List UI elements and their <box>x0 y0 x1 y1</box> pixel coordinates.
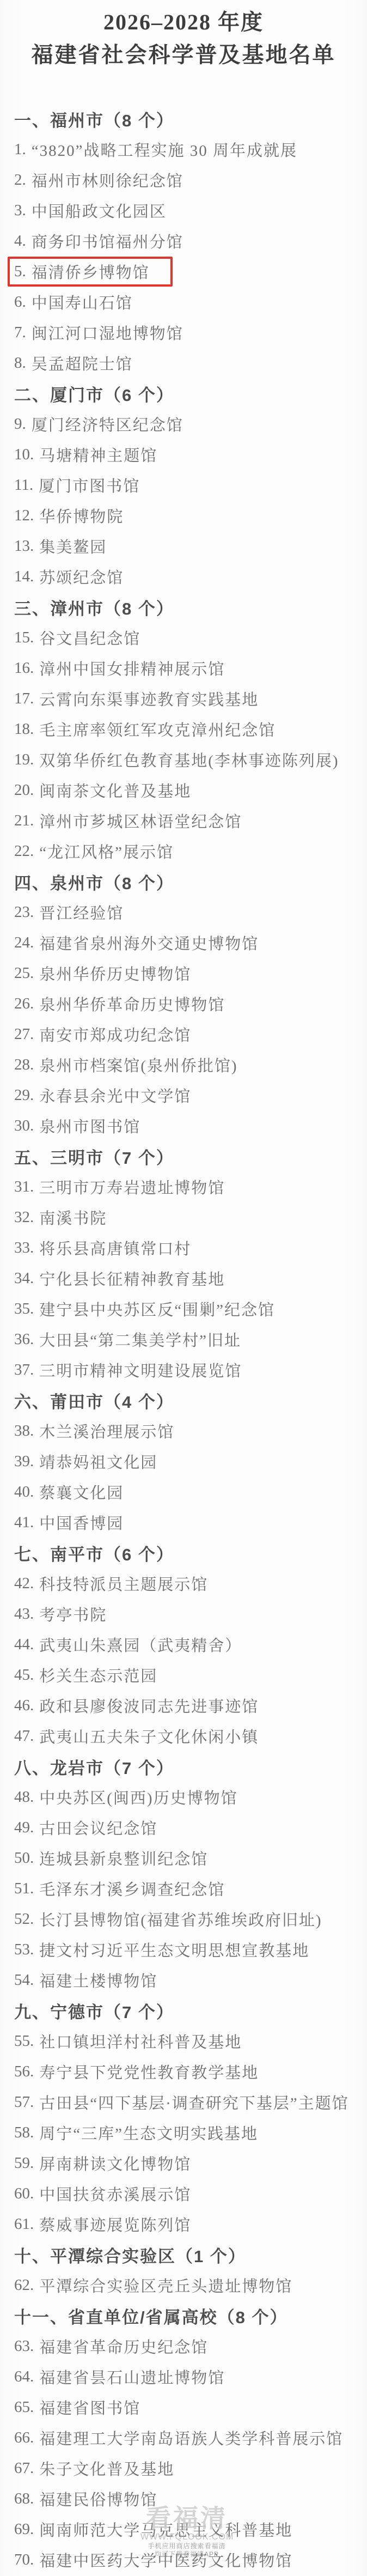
item-number: 34. <box>14 1269 34 1287</box>
list-item: 37.三明市精神文明建设展览馆 <box>0 1354 367 1385</box>
item-number: 5. <box>14 263 26 281</box>
item-text: 科技特派员主题展示馆 <box>39 1572 208 1595</box>
item-text: 周宁“三库”生态文明实践基地 <box>39 2122 258 2144</box>
item-number: 13. <box>14 537 34 555</box>
section-heading: 六、莆田市（4 个） <box>0 1385 367 1415</box>
item-text: 晋江经验馆 <box>39 901 124 924</box>
list-item: 58.周宁“三库”生态文明实践基地 <box>0 2117 367 2148</box>
list-item: 30.泉州市图书馆 <box>0 1110 367 1141</box>
item-number: 41. <box>14 1514 34 1532</box>
item-number: 4. <box>14 232 26 250</box>
list-item: 5.福清侨乡博物馆 <box>0 256 367 287</box>
list-item: 1.“3820”战略工程实施 30 周年成就展 <box>0 134 367 165</box>
list-item: 29.永春县余光中文学馆 <box>0 1080 367 1110</box>
item-number: 48. <box>14 1788 34 1806</box>
item-text: 政和县廖俊波同志先进事迹馆 <box>39 1694 259 1717</box>
document-title-year: 2026–2028 年度 <box>0 7 367 38</box>
item-number: 36. <box>14 1330 34 1348</box>
item-number: 33. <box>14 1239 34 1257</box>
list-item: 33.将乐县高唐镇常口村 <box>0 1232 367 1263</box>
list-item: 65.福建省图书馆 <box>0 2392 367 2422</box>
item-number: 7. <box>14 324 26 342</box>
item-text: 古田会议纪念馆 <box>39 1816 157 1839</box>
item-number: 35. <box>14 1300 34 1318</box>
item-number: 26. <box>14 995 34 1013</box>
item-number: 53. <box>14 1941 34 1959</box>
item-number: 63. <box>14 2337 34 2355</box>
section-heading: 七、南平市（6 个） <box>0 1538 367 1568</box>
item-text: 吴孟超院士馆 <box>32 352 133 374</box>
item-number: 43. <box>14 1605 34 1623</box>
item-number: 3. <box>14 202 26 220</box>
list-item: 11.厦门市图书馆 <box>0 470 367 500</box>
item-number: 2. <box>14 171 26 189</box>
item-number: 21. <box>14 812 34 830</box>
item-text: 武夷山五夫朱子文化休闲小镇 <box>39 1725 259 1747</box>
list-item: 49.古田会议纪念馆 <box>0 1812 367 1843</box>
list-item: 63.福建省革命历史纪念馆 <box>0 2331 367 2361</box>
item-text: 泉州华侨革命历史博物馆 <box>39 993 225 1015</box>
highlight-red-box: 5.福清侨乡博物馆 <box>8 257 173 287</box>
section-heading: 八、龙岩市（7 个） <box>0 1751 367 1782</box>
list-item: 23.晋江经验馆 <box>0 897 367 927</box>
item-text: 福建中医药大学中医药文化博物馆 <box>39 2549 292 2571</box>
item-text: 福清侨乡博物馆 <box>32 260 150 283</box>
item-text: 谷文昌纪念馆 <box>39 627 140 649</box>
list-item: 40.蔡襄文化园 <box>0 1477 367 1507</box>
item-text: 云霄向东渠事迹教育实践基地 <box>39 688 259 710</box>
item-number: 50. <box>14 1849 34 1867</box>
document-title: 2026–2028 年度 福建省社会科学普及基地名单 <box>0 0 367 72</box>
item-number: 9. <box>14 415 26 433</box>
list-item: 51.毛泽东才溪乡调查纪念馆 <box>0 1873 367 1904</box>
list-item: 69.闽南师范大学马克思主义科普基地 <box>0 2514 367 2544</box>
item-text: 闽南茶文化普及基地 <box>39 779 191 801</box>
item-text: 南安市郑成功纪念馆 <box>39 1023 191 1046</box>
item-number: 22. <box>14 842 34 860</box>
item-number: 42. <box>14 1575 34 1593</box>
item-number: 23. <box>14 903 34 921</box>
list-item: 13.集美鳌园 <box>0 531 367 561</box>
section-heading: 三、漳州市（8 个） <box>0 592 367 622</box>
item-number: 24. <box>14 934 34 952</box>
item-number: 18. <box>14 720 34 738</box>
list-item: 48.中央苏区(闽西)历史博物馆 <box>0 1782 367 1812</box>
item-text: 中央苏区(闽西)历史博物馆 <box>39 1786 237 1808</box>
base-list: 一、福州市（8 个）1.“3820”战略工程实施 30 周年成就展2.福州市林则… <box>0 104 367 2575</box>
item-text: 宁化县长征精神教育基地 <box>39 1267 225 1290</box>
item-number: 49. <box>14 1819 34 1837</box>
item-number: 28. <box>14 1056 34 1074</box>
item-text: 中国寿山石馆 <box>32 291 133 313</box>
list-item: 4.商务印书馆福州分馆 <box>0 226 367 256</box>
list-item: 16.漳州中国女排精神展示馆 <box>0 653 367 683</box>
item-number: 44. <box>14 1636 34 1654</box>
list-item: 57.古田县“四下基层·调查研究下基层”主题馆 <box>0 2087 367 2117</box>
item-number: 25. <box>14 964 34 982</box>
list-item: 21.漳州市芗城区林语堂纪念馆 <box>0 805 367 836</box>
item-text: 靖恭妈祖文化园 <box>39 1450 157 1473</box>
list-item: 67.朱子文化普及基地 <box>0 2453 367 2483</box>
list-item: 54.福建土楼博物馆 <box>0 1965 367 1995</box>
item-number: 17. <box>14 690 34 708</box>
item-text: 福建土楼博物馆 <box>39 1969 157 1991</box>
list-item: 17.云霄向东渠事迹教育实践基地 <box>0 683 367 714</box>
item-text: 朱子文化普及基地 <box>39 2457 174 2480</box>
item-number: 15. <box>14 629 34 647</box>
section-heading: 二、厦门市（6 个） <box>0 378 367 409</box>
item-text: 连城县新泉整训纪念馆 <box>39 1847 208 1869</box>
list-item: 20.闽南茶文化普及基地 <box>0 775 367 805</box>
item-number: 39. <box>14 1453 34 1471</box>
item-text: 集美鳌园 <box>39 535 107 557</box>
item-number: 57. <box>14 2093 34 2111</box>
scanned-document-page: { "title": { "line1": "2026–2028 年度", "l… <box>0 0 367 2576</box>
item-number: 69. <box>14 2520 34 2538</box>
item-number: 59. <box>14 2154 34 2172</box>
item-number: 70. <box>14 2551 34 2569</box>
list-item: 36.大田县“第二集美学村”旧址 <box>0 1324 367 1354</box>
item-text: 三明市精神文明建设展览馆 <box>39 1359 242 1381</box>
list-item: 56.寿宁县下党党性教育教学基地 <box>0 2056 367 2087</box>
list-item: 35.建宁县中央苏区反“围剿”纪念馆 <box>0 1293 367 1324</box>
list-item: 34.宁化县长征精神教育基地 <box>0 1263 367 1293</box>
item-text: 商务印书馆福州分馆 <box>32 230 183 252</box>
item-text: 闽南师范大学马克思主义科普基地 <box>39 2518 292 2541</box>
list-item: 62.平潭综合实验区壳丘头遗址博物馆 <box>0 2270 367 2300</box>
item-number: 16. <box>14 659 34 677</box>
item-number: 32. <box>14 1208 34 1226</box>
section-heading: 五、三明市（7 个） <box>0 1141 367 1171</box>
item-text: 古田县“四下基层·调查研究下基层”主题馆 <box>39 2091 348 2113</box>
list-item: 55.社口镇坦洋村社科普及基地 <box>0 2026 367 2056</box>
item-text: 三明市万寿岩遗址博物馆 <box>39 1176 225 1198</box>
item-number: 31. <box>14 1178 34 1196</box>
item-number: 8. <box>14 354 26 372</box>
item-text: 福建省图书馆 <box>39 2396 140 2419</box>
list-item: 27.南安市郑成功纪念馆 <box>0 1019 367 1049</box>
item-number: 58. <box>14 2124 34 2142</box>
list-item: 43.考亭书院 <box>0 1599 367 1629</box>
item-text: “龙江风格”展示馆 <box>39 840 174 862</box>
item-text: 捷文村习近平生态文明思想宣教基地 <box>39 1939 309 1961</box>
item-number: 19. <box>14 751 34 769</box>
list-item: 22.“龙江风格”展示馆 <box>0 836 367 866</box>
list-item: 12.华侨博物院 <box>0 500 367 531</box>
item-number: 56. <box>14 2063 34 2081</box>
item-number: 52. <box>14 1910 34 1928</box>
item-number: 20. <box>14 781 34 799</box>
item-number: 6. <box>14 293 26 311</box>
item-number: 29. <box>14 1086 34 1104</box>
item-text: 毛主席率领红军攻克漳州纪念馆 <box>39 718 276 740</box>
item-text: 福建民俗博物馆 <box>39 2488 157 2510</box>
list-item: 15.谷文昌纪念馆 <box>0 622 367 653</box>
list-item: 42.科技特派员主题展示馆 <box>0 1568 367 1599</box>
list-item: 32.南溪书院 <box>0 1202 367 1232</box>
item-text: 双第华侨红色教育基地(李林事迹陈列展) <box>39 749 339 771</box>
item-text: 毛泽东才溪乡调查纪念馆 <box>39 1878 225 1900</box>
item-number: 64. <box>14 2368 34 2386</box>
item-number: 40. <box>14 1483 34 1501</box>
list-item: 7.闽江河口湿地博物馆 <box>0 317 367 348</box>
item-text: 南溪书院 <box>39 1206 107 1229</box>
item-number: 11. <box>14 476 33 494</box>
item-text: 福建省昙石山遗址博物馆 <box>39 2366 225 2388</box>
item-number: 62. <box>14 2276 34 2294</box>
item-text: 屏南耕读文化博物馆 <box>39 2152 191 2174</box>
list-item: 44.武夷山朱熹园（武夷精舍） <box>0 1629 367 1660</box>
item-text: 厦门经济特区纪念馆 <box>32 413 183 435</box>
item-text: 考亭书院 <box>39 1603 107 1625</box>
list-item: 3.中国船政文化园区 <box>0 195 367 226</box>
list-item: 59.屏南耕读文化博物馆 <box>0 2148 367 2178</box>
item-number: 55. <box>14 2032 34 2050</box>
list-item: 39.靖恭妈祖文化园 <box>0 1446 367 1477</box>
item-text: 蔡威事迹展览陈列馆 <box>39 2213 191 2235</box>
list-item: 52.长汀县博物馆(福建省苏维埃政府旧址) <box>0 1904 367 1934</box>
item-text: 长汀县博物馆(福建省苏维埃政府旧址) <box>39 1908 322 1930</box>
item-text: 福建省革命历史纪念馆 <box>39 2335 208 2358</box>
item-text: 闽江河口湿地博物馆 <box>32 321 183 344</box>
list-item: 61.蔡威事迹展览陈列馆 <box>0 2209 367 2239</box>
item-text: 社口镇坦洋村社科普及基地 <box>39 2030 242 2052</box>
item-text: 福建省泉州海外交通史博物馆 <box>39 932 259 954</box>
item-text: 平潭综合实验区壳丘头遗址博物馆 <box>39 2274 292 2296</box>
item-number: 1. <box>14 141 26 159</box>
item-text: 中国香博园 <box>39 1511 124 1534</box>
item-number: 10. <box>14 446 34 464</box>
item-number: 47. <box>14 1727 34 1745</box>
item-text: 泉州华侨历史博物馆 <box>39 962 191 985</box>
list-item: 46.政和县廖俊波同志先进事迹馆 <box>0 1690 367 1721</box>
list-item: 26.泉州华侨革命历史博物馆 <box>0 988 367 1019</box>
list-item: 19.双第华侨红色教育基地(李林事迹陈列展) <box>0 744 367 775</box>
item-text: 华侨博物院 <box>39 505 124 527</box>
section-heading: 一、福州市（8 个） <box>0 104 367 134</box>
item-number: 45. <box>14 1666 34 1684</box>
section-heading: 九、宁德市（7 个） <box>0 1995 367 2026</box>
item-number: 38. <box>14 1422 34 1440</box>
item-number: 14. <box>14 568 34 586</box>
item-number: 65. <box>14 2398 34 2416</box>
item-text: 泉州市图书馆 <box>39 1115 140 1137</box>
item-text: 泉州市档案馆(泉州侨批馆) <box>39 1054 237 1076</box>
item-number: 67. <box>14 2459 34 2477</box>
item-number: 61. <box>14 2215 34 2233</box>
list-item: 28.泉州市档案馆(泉州侨批馆) <box>0 1049 367 1080</box>
item-text: 武夷山朱熹园（武夷精舍） <box>39 1633 242 1656</box>
item-text: 漳州市芗城区林语堂纪念馆 <box>39 810 242 832</box>
item-text: 蔡襄文化园 <box>39 1481 124 1503</box>
item-text: “3820”战略工程实施 30 周年成就展 <box>32 138 297 161</box>
list-item: 64.福建省昙石山遗址博物馆 <box>0 2361 367 2392</box>
item-text: 杉关生态示范园 <box>39 1664 157 1686</box>
list-item: 41.中国香博园 <box>0 1507 367 1538</box>
list-item: 24.福建省泉州海外交通史博物馆 <box>0 927 367 958</box>
item-text: 马塘精神主题馆 <box>39 443 157 466</box>
item-text: 将乐县高唐镇常口村 <box>39 1237 191 1259</box>
list-item: 60.中国扶贫赤溪展示馆 <box>0 2178 367 2209</box>
list-item: 9.厦门经济特区纪念馆 <box>0 409 367 439</box>
item-number: 46. <box>14 1697 34 1715</box>
item-text: 中国船政文化园区 <box>32 199 167 222</box>
list-item: 50.连城县新泉整训纪念馆 <box>0 1843 367 1873</box>
section-heading: 四、泉州市（8 个） <box>0 866 367 897</box>
item-number: 30. <box>14 1117 34 1135</box>
item-text: 大田县“第二集美学村”旧址 <box>39 1328 241 1351</box>
item-text: 永春县余光中文学馆 <box>39 1084 191 1107</box>
item-text: 寿宁县下党党性教育教学基地 <box>39 2061 259 2083</box>
list-item: 53.捷文村习近平生态文明思想宣教基地 <box>0 1934 367 1965</box>
list-item: 68.福建民俗博物馆 <box>0 2483 367 2514</box>
item-text: 厦门市图书馆 <box>39 474 140 496</box>
list-item: 31.三明市万寿岩遗址博物馆 <box>0 1171 367 1202</box>
item-text: 福建理工大学南岛语族人类学科普展示馆 <box>39 2427 343 2449</box>
item-text: 福州市林则徐纪念馆 <box>32 169 183 191</box>
item-text: 木兰溪治理展示馆 <box>39 1420 174 1442</box>
list-item: 38.木兰溪治理展示馆 <box>0 1415 367 1446</box>
list-item: 14.苏颂纪念馆 <box>0 561 367 592</box>
list-item: 2.福州市林则徐纪念馆 <box>0 165 367 195</box>
item-number: 27. <box>14 1025 34 1043</box>
document-title-main: 福建省社会科学普及基地名单 <box>0 38 367 72</box>
item-text: 苏颂纪念馆 <box>39 566 124 588</box>
list-item: 10.马塘精神主题馆 <box>0 439 367 470</box>
list-item: 70.福建中医药大学中医药文化博物馆 <box>0 2544 367 2575</box>
list-item: 45.杉关生态示范园 <box>0 1660 367 1690</box>
item-number: 66. <box>14 2429 34 2447</box>
list-item: 47.武夷山五夫朱子文化休闲小镇 <box>0 1721 367 1751</box>
item-text: 漳州中国女排精神展示馆 <box>39 657 225 679</box>
item-number: 60. <box>14 2185 34 2203</box>
item-number: 68. <box>14 2490 34 2508</box>
list-item: 6.中国寿山石馆 <box>0 287 367 317</box>
item-text: 建宁县中央苏区反“围剿”纪念馆 <box>39 1298 275 1320</box>
section-heading: 十一、省直单位/省属高校（8 个） <box>0 2300 367 2331</box>
list-item: 8.吴孟超院士馆 <box>0 348 367 378</box>
list-item: 18.毛主席率领红军攻克漳州纪念馆 <box>0 714 367 744</box>
list-item: 66.福建理工大学南岛语族人类学科普展示馆 <box>0 2422 367 2453</box>
item-text: 中国扶贫赤溪展示馆 <box>39 2183 191 2205</box>
item-number: 37. <box>14 1361 34 1379</box>
item-number: 54. <box>14 1971 34 1989</box>
section-heading: 十、平潭综合实验区（1 个） <box>0 2239 367 2270</box>
list-item: 25.泉州华侨历史博物馆 <box>0 958 367 988</box>
item-number: 12. <box>14 507 34 525</box>
item-number: 51. <box>14 1880 34 1898</box>
